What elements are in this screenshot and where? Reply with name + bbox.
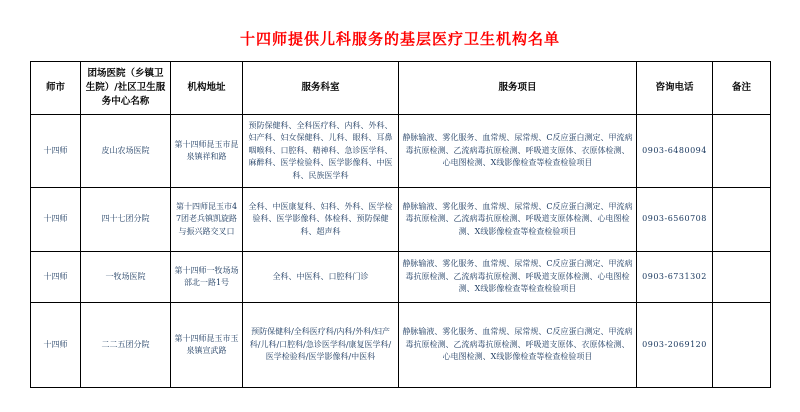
- cell-departments: 预防保健科、全科医疗科、内科、外科、妇产科、妇女保健科、儿科、眼科、耳鼻咽喉科、…: [243, 115, 399, 188]
- table-row: 十四师 皮山农场医院 第十四师昆玉市昆泉镇祥和路 预防保健科、全科医疗科、内科、…: [31, 115, 771, 188]
- cell-institution-name: 四十七团分院: [81, 188, 171, 252]
- cell-address: 第十四师昆玉市47团老兵镇凯旋路与振兴路交叉口: [171, 188, 243, 252]
- cell-services: 静脉输液、雾化服务、血常规、尿常规、C反应蛋白测定、甲流病毒抗原检测、乙流病毒抗…: [399, 188, 637, 252]
- table-row: 十四师 一牧场医院 第十四师一牧场场部北一路1号 全科、中医科、口腔科门诊 静脉…: [31, 252, 771, 303]
- cell-note: [713, 252, 771, 303]
- cell-shishi: 十四师: [31, 252, 81, 303]
- table-row: 十四师 四十七团分院 第十四师昆玉市47团老兵镇凯旋路与振兴路交叉口 全科、中医…: [31, 188, 771, 252]
- document-page: 十四师提供儿科服务的基层医疗卫生机构名单 师市 团场医院（乡镇卫生院）/社区卫生…: [0, 0, 800, 412]
- cell-note: [713, 115, 771, 188]
- col-header-institution-name: 团场医院（乡镇卫生院）/社区卫生服务中心名称: [81, 62, 171, 115]
- cell-institution-name: 皮山农场医院: [81, 115, 171, 188]
- col-header-services: 服务项目: [399, 62, 637, 115]
- cell-note: [713, 303, 771, 388]
- page-title: 十四师提供儿科服务的基层医疗卫生机构名单: [0, 0, 800, 49]
- cell-note: [713, 188, 771, 252]
- col-header-shishi: 师市: [31, 62, 81, 115]
- table-header-row: 师市 团场医院（乡镇卫生院）/社区卫生服务中心名称 机构地址 服务科室 服务项目…: [31, 62, 771, 115]
- cell-departments: 全科、中医康复科、妇科、外科、医学检验科、医学影像科、体检科、预防保健科、超声科: [243, 188, 399, 252]
- cell-departments: 全科、中医科、口腔科门诊: [243, 252, 399, 303]
- cell-services: 静脉输液、雾化服务、血常规、尿常规、C反应蛋白测定、甲流病毒抗原检测、乙流病毒抗…: [399, 115, 637, 188]
- col-header-address: 机构地址: [171, 62, 243, 115]
- col-header-phone: 咨询电话: [637, 62, 713, 115]
- cell-phone: 0903-6480094: [637, 115, 713, 188]
- col-header-note: 备注: [713, 62, 771, 115]
- cell-address: 第十四师昆玉市昆泉镇祥和路: [171, 115, 243, 188]
- cell-shishi: 十四师: [31, 188, 81, 252]
- cell-services: 静脉输液、雾化服务、血常规、尿常规、C反应蛋白测定、甲流病毒抗原检测、乙流病毒抗…: [399, 252, 637, 303]
- col-header-departments: 服务科室: [243, 62, 399, 115]
- cell-address: 第十四师昆玉市玉泉镇宣武路: [171, 303, 243, 388]
- institutions-table: 师市 团场医院（乡镇卫生院）/社区卫生服务中心名称 机构地址 服务科室 服务项目…: [30, 61, 771, 388]
- cell-phone: 0903-6731302: [637, 252, 713, 303]
- cell-departments: 预防保健科/全科医疗科/内科/外科/妇产科/儿科/口腔科/急诊医学科/康复医学科…: [243, 303, 399, 388]
- cell-address: 第十四师一牧场场部北一路1号: [171, 252, 243, 303]
- table-row: 十四师 二二五团分院 第十四师昆玉市玉泉镇宣武路 预防保健科/全科医疗科/内科/…: [31, 303, 771, 388]
- cell-services: 静脉输液、雾化服务、血常规、尿常规、C反应蛋白测定、甲流病毒抗原检测、乙流病毒抗…: [399, 303, 637, 388]
- cell-shishi: 十四师: [31, 303, 81, 388]
- cell-phone: 0903-2069120: [637, 303, 713, 388]
- cell-shishi: 十四师: [31, 115, 81, 188]
- cell-phone: 0903-6560708: [637, 188, 713, 252]
- cell-institution-name: 一牧场医院: [81, 252, 171, 303]
- cell-institution-name: 二二五团分院: [81, 303, 171, 388]
